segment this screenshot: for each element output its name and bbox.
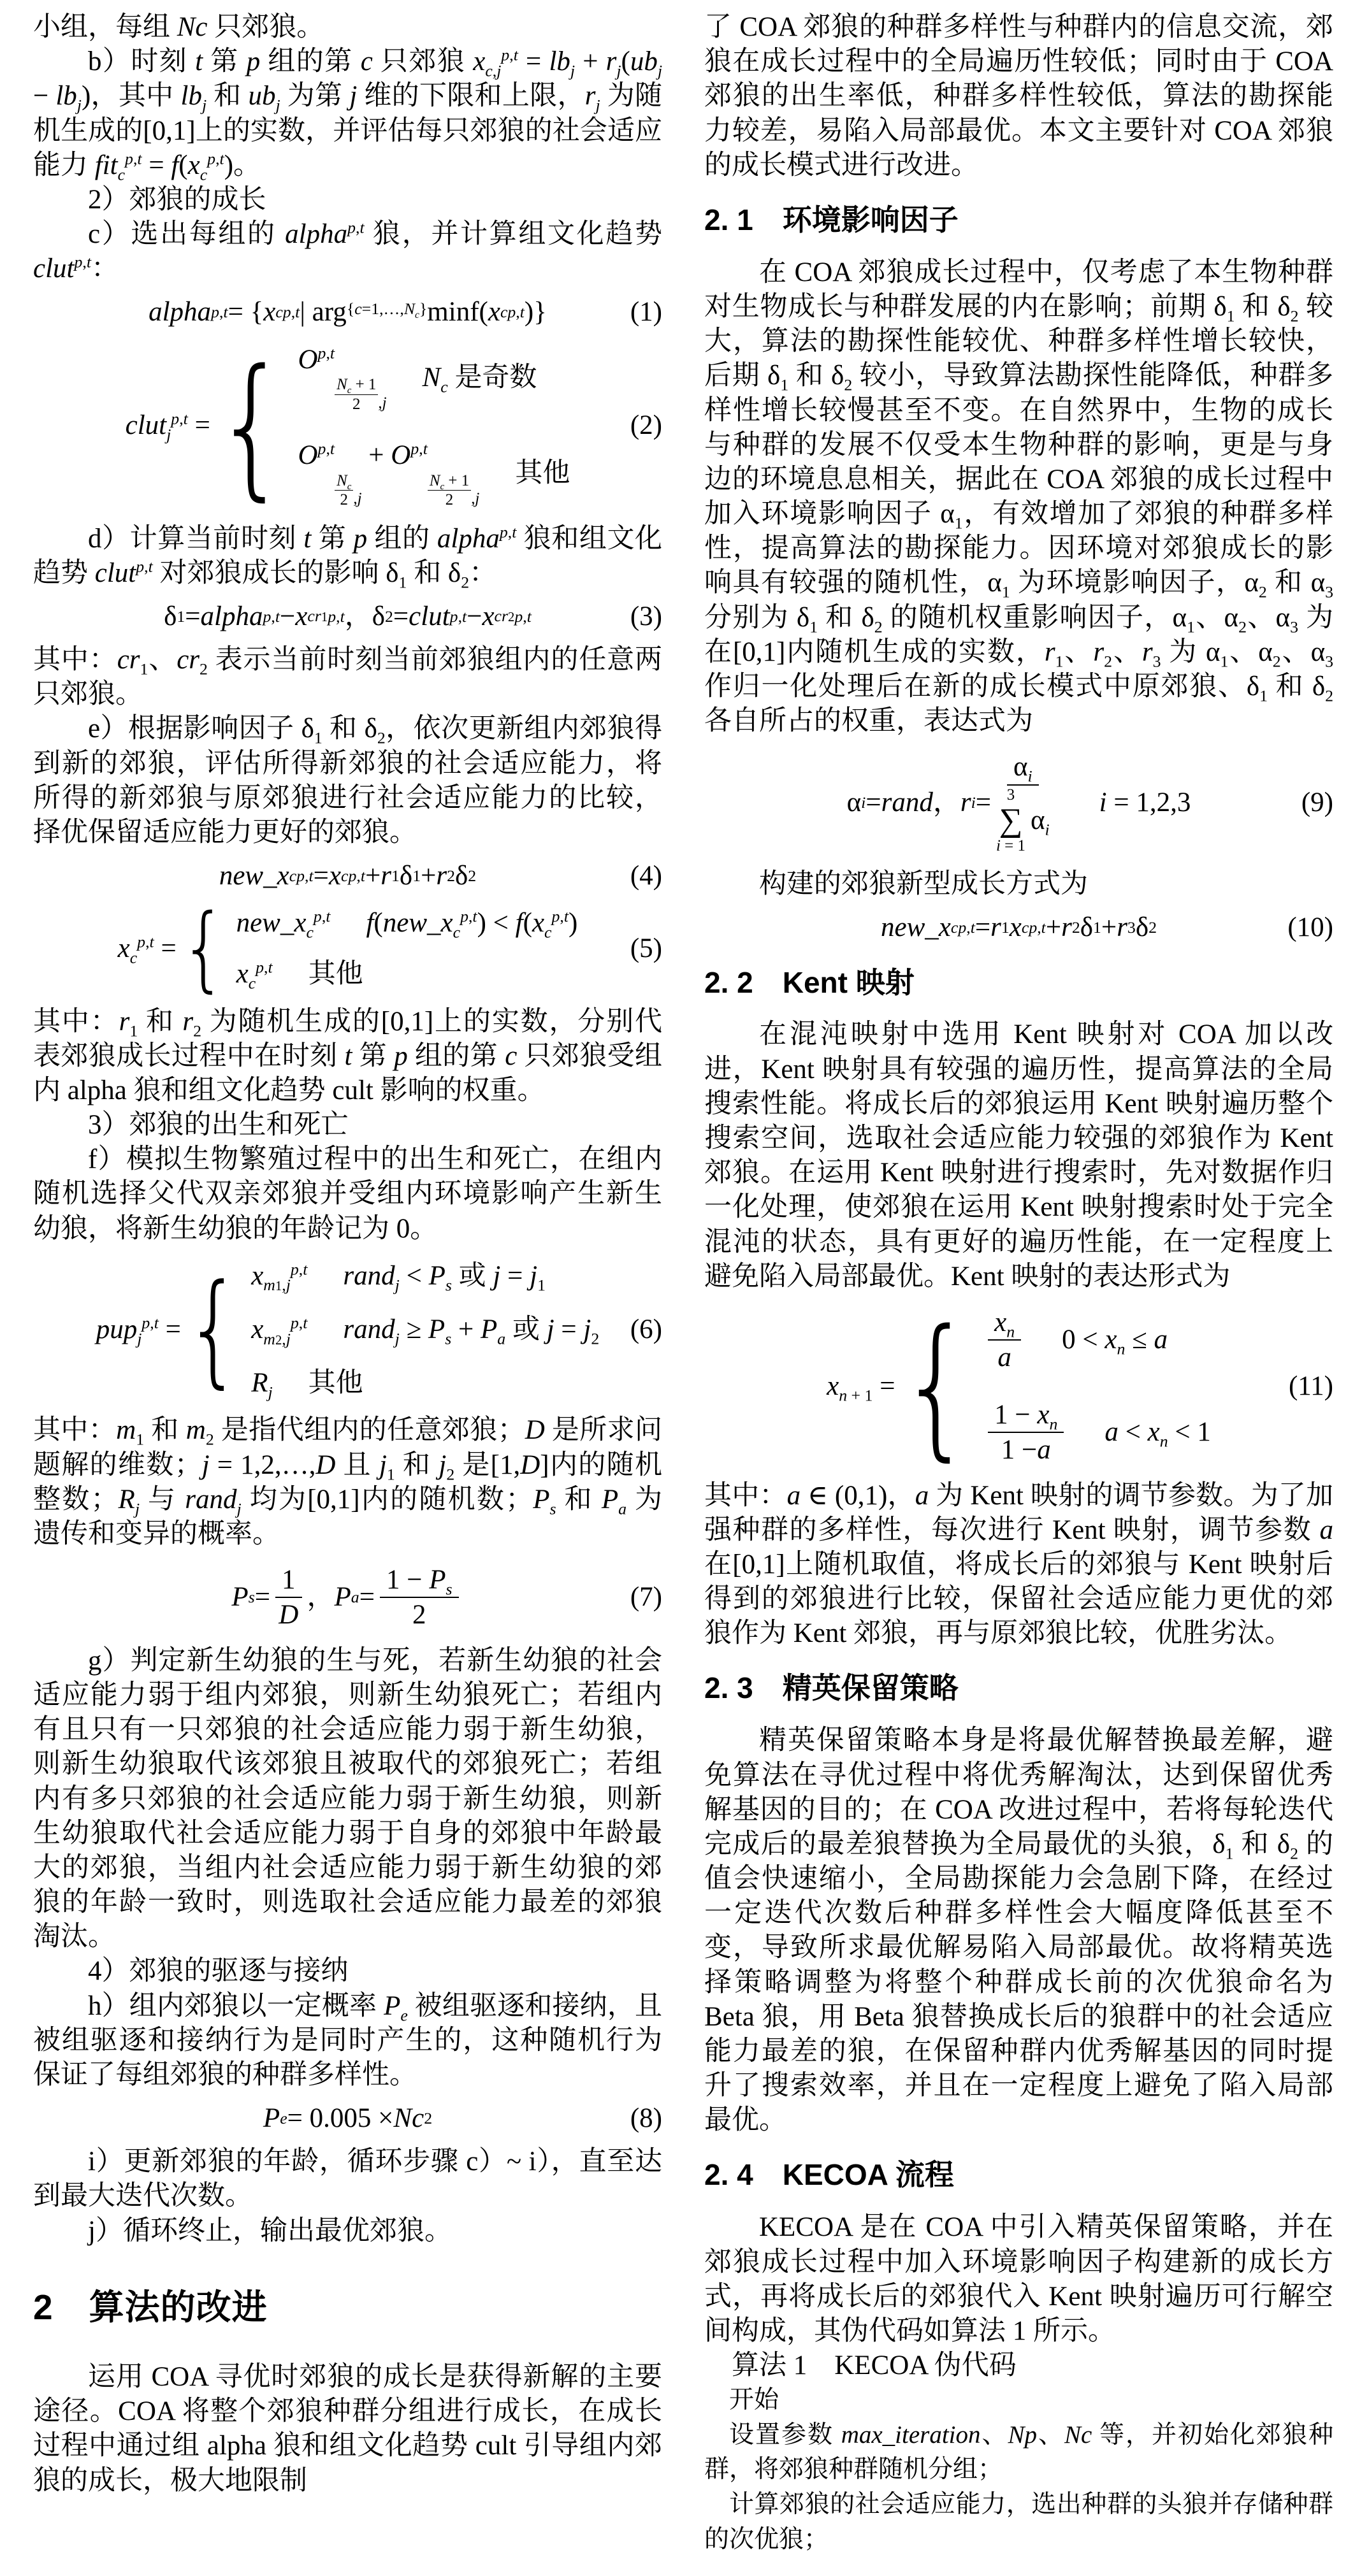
equation-6: pupjp,t = {xm1,jp,trandj < Ps 或 j = j1xm… xyxy=(33,1259,662,1401)
equation-8: Pe = 0.005 × Nc2(8) xyxy=(33,2101,662,2136)
subsection-heading-2-3: 2. 3 精英保留策略 xyxy=(704,1670,1333,1707)
paragraph: 构建的郊狼新型成长方式为 xyxy=(704,867,1333,902)
equation-9: αi = rand，ri = αi3∑i = 1αii = 1,2,3(9) xyxy=(704,751,1333,854)
equation-body: Pe = 0.005 × Nc2 xyxy=(263,2101,432,2136)
equation-body: pupjp,t = {xm1,jp,trandj < Ps 或 j = j1xm… xyxy=(96,1259,600,1401)
paragraph: i）更新郊狼的年龄，循环步骤 c）~ i），直至达到最大迭代次数。 xyxy=(33,2145,662,2213)
paper-page: 小组，每组 Nc 只郊狼。 b）时刻 t 第 p 组的第 c 只郊狼 xc,jp… xyxy=(0,0,1369,2576)
left-column: 小组，每组 Nc 只郊狼。 b）时刻 t 第 p 组的第 c 只郊狼 xc,jp… xyxy=(33,10,662,2557)
paragraph: 精英保留策略本身是将最优解替换最差解，避免算法在寻优过程中将优秀解淘汰，达到保留… xyxy=(704,1723,1333,2138)
paragraph: 在混沌映射中选用 Kent 映射对 COA 加以改进，Kent 映射具有较强的遍… xyxy=(704,1018,1333,1293)
equation-7: Ps = 1D，Pa = 1 − Ps2(7) xyxy=(33,1564,662,1631)
equation-4: new_xcp,t = xcp,t + r1δ1 + r2δ2(4) xyxy=(33,859,662,893)
equation-body: Ps = 1D，Pa = 1 − Ps2 xyxy=(231,1564,463,1631)
equation-body: xn + 1 = {xna0 < xn ≤ a1 − xn1 − aa < xn… xyxy=(827,1307,1211,1466)
paragraph: 其中：m1 和 m2 是指代组内的任意郊狼；D 是所求问题解的维数；j = 1,… xyxy=(33,1413,662,1551)
paragraph: h）组内郊狼以一定概率 Pe 被组驱逐和接纳，且被组驱逐和接纳行为是同时产生的，… xyxy=(33,1989,662,2093)
equation-body: new_xcp,t = xcp,t + r1δ1 + r2δ2 xyxy=(219,859,476,893)
equation-body: new_xcp,t = r1xcp,t + r2δ1 + r3δ2 xyxy=(881,910,1157,945)
equation-number: (10) xyxy=(1287,910,1333,945)
subsection-heading-2-4: 2. 4 KECOA 流程 xyxy=(704,2157,1333,2194)
paragraph: c）选出每组的 alphap,t 狼，并计算组文化趋势 clutp,t： xyxy=(33,217,662,286)
equation-body: δ1 = alphap,t − xcr1p,t，δ2 = clutp,t − x… xyxy=(164,600,532,634)
equation-number: (11) xyxy=(1289,1369,1333,1404)
paragraph: 其中：a ∈ (0,1)，a 为 Kent 映射的调节参数。为了加强种群的多样性… xyxy=(704,1479,1333,1651)
equation-number: (2) xyxy=(630,408,662,443)
equation-10: new_xcp,t = r1xcp,t + r2δ1 + r3δ2(10) xyxy=(704,910,1333,945)
paragraph: 2）郊狼的成长 xyxy=(33,183,662,217)
equation-body: αi = rand，ri = αi3∑i = 1αii = 1,2,3 xyxy=(847,751,1191,854)
paragraph: 其中：r1 和 r2 为随机生成的[0,1]上的实数，分别代表郊狼成长过程中在时… xyxy=(33,1005,662,1109)
paragraph: j）循环终止，输出最优郊狼。 xyxy=(33,2214,662,2249)
equation-2: clutjp,t = {Op,tNc + 12,jNc 是奇数Op,tNc2,j… xyxy=(33,343,662,509)
paragraph: g）判定新生幼狼的生与死，若新生幼狼的社会适应能力弱于组内郊狼，则新生幼狼死亡；… xyxy=(33,1644,662,1955)
equation-number: (3) xyxy=(630,600,662,634)
equation-number: (1) xyxy=(630,295,662,329)
paragraph: 运用 COA 寻优时郊狼的成长是获得新解的主要途径。COA 将整个郊狼种群分组进… xyxy=(33,2360,662,2498)
equation-number: (5) xyxy=(630,932,662,966)
equation-5: xcp,t = {new_xcp,tf(new_xcp,t) < f(xcp,t… xyxy=(33,906,662,991)
equation-body: xcp,t = {new_xcp,tf(new_xcp,t) < f(xcp,t… xyxy=(118,906,578,991)
equation-1: alphap,t = {xcp,t | arg{c=1,…,Nc} minf(x… xyxy=(33,295,662,329)
paragraph: d）计算当前时刻 t 第 p 组的 alphap,t 狼和组文化趋势 clutp… xyxy=(33,522,662,591)
equation-11: xn + 1 = {xna0 < xn ≤ a1 − xn1 − aa < xn… xyxy=(704,1307,1333,1466)
right-column: 了 COA 郊狼的种群多样性与种群内的信息交流，郊狼在成长过程中的全局遍历性较低… xyxy=(704,10,1333,2557)
algorithm-title: 算法 1 KECOA 伪代码 xyxy=(704,2349,1333,2383)
paragraph: f）模拟生物繁殖过程中的出生和死亡，在组内随机选择父代双亲郊狼并受组内环境影响产… xyxy=(33,1142,662,1246)
equation-body: clutjp,t = {Op,tNc + 12,jNc 是奇数Op,tNc2,j… xyxy=(126,343,570,509)
equation-number: (6) xyxy=(630,1313,662,1347)
equation-number: (4) xyxy=(630,859,662,893)
equation-number: (8) xyxy=(630,2101,662,2136)
paragraph: 其中：cr1、cr2 表示当前时刻当前郊狼组内的任意两只郊狼。 xyxy=(33,643,662,712)
paragraph: 小组，每组 Nc 只郊狼。 xyxy=(33,10,662,45)
paragraph: e）根据影响因子 δ1 和 δ2，依次更新组内郊狼得到新的郊狼，评估所得新郊狼的… xyxy=(33,712,662,850)
equation-number: (7) xyxy=(630,1580,662,1615)
paragraph: b）时刻 t 第 p 组的第 c 只郊狼 xc,jp,t = lbj + rj(… xyxy=(33,45,662,183)
section-heading: 2 算法的改进 xyxy=(33,2285,662,2329)
paragraph: 在 COA 郊狼成长过程中，仅考虑了本生物种群对生物成长与种群发展的内在影响；前… xyxy=(704,255,1333,738)
pseudocode-line: 计算郊狼的社会适应能力，选出种群的头狼并存储种群的次优狼； xyxy=(704,2487,1333,2557)
paragraph: KECOA 是在 COA 中引入精英保留策略，并在郊狼成长过程中加入环境影响因子… xyxy=(704,2210,1333,2349)
subsection-heading-2-1: 2. 1 环境影响因子 xyxy=(704,202,1333,239)
pseudocode-line: 开始 xyxy=(704,2383,1333,2418)
paragraph: 3）郊狼的出生和死亡 xyxy=(33,1108,662,1142)
paragraph: 4）郊狼的驱逐与接纳 xyxy=(33,1954,662,1989)
equation-3: δ1 = alphap,t − xcr1p,t，δ2 = clutp,t − x… xyxy=(33,600,662,634)
equation-number: (9) xyxy=(1301,786,1333,820)
subsection-heading-2-2: 2. 2 Kent 映射 xyxy=(704,965,1333,1002)
paragraph: 了 COA 郊狼的种群多样性与种群内的信息交流，郊狼在成长过程中的全局遍历性较低… xyxy=(704,10,1333,183)
pseudocode-line: 设置参数 max_iteration、Np、Nc 等，并初始化郊狼种群，将郊狼种… xyxy=(704,2418,1333,2487)
equation-body: alphap,t = {xcp,t | arg{c=1,…,Nc} minf(x… xyxy=(148,295,547,329)
